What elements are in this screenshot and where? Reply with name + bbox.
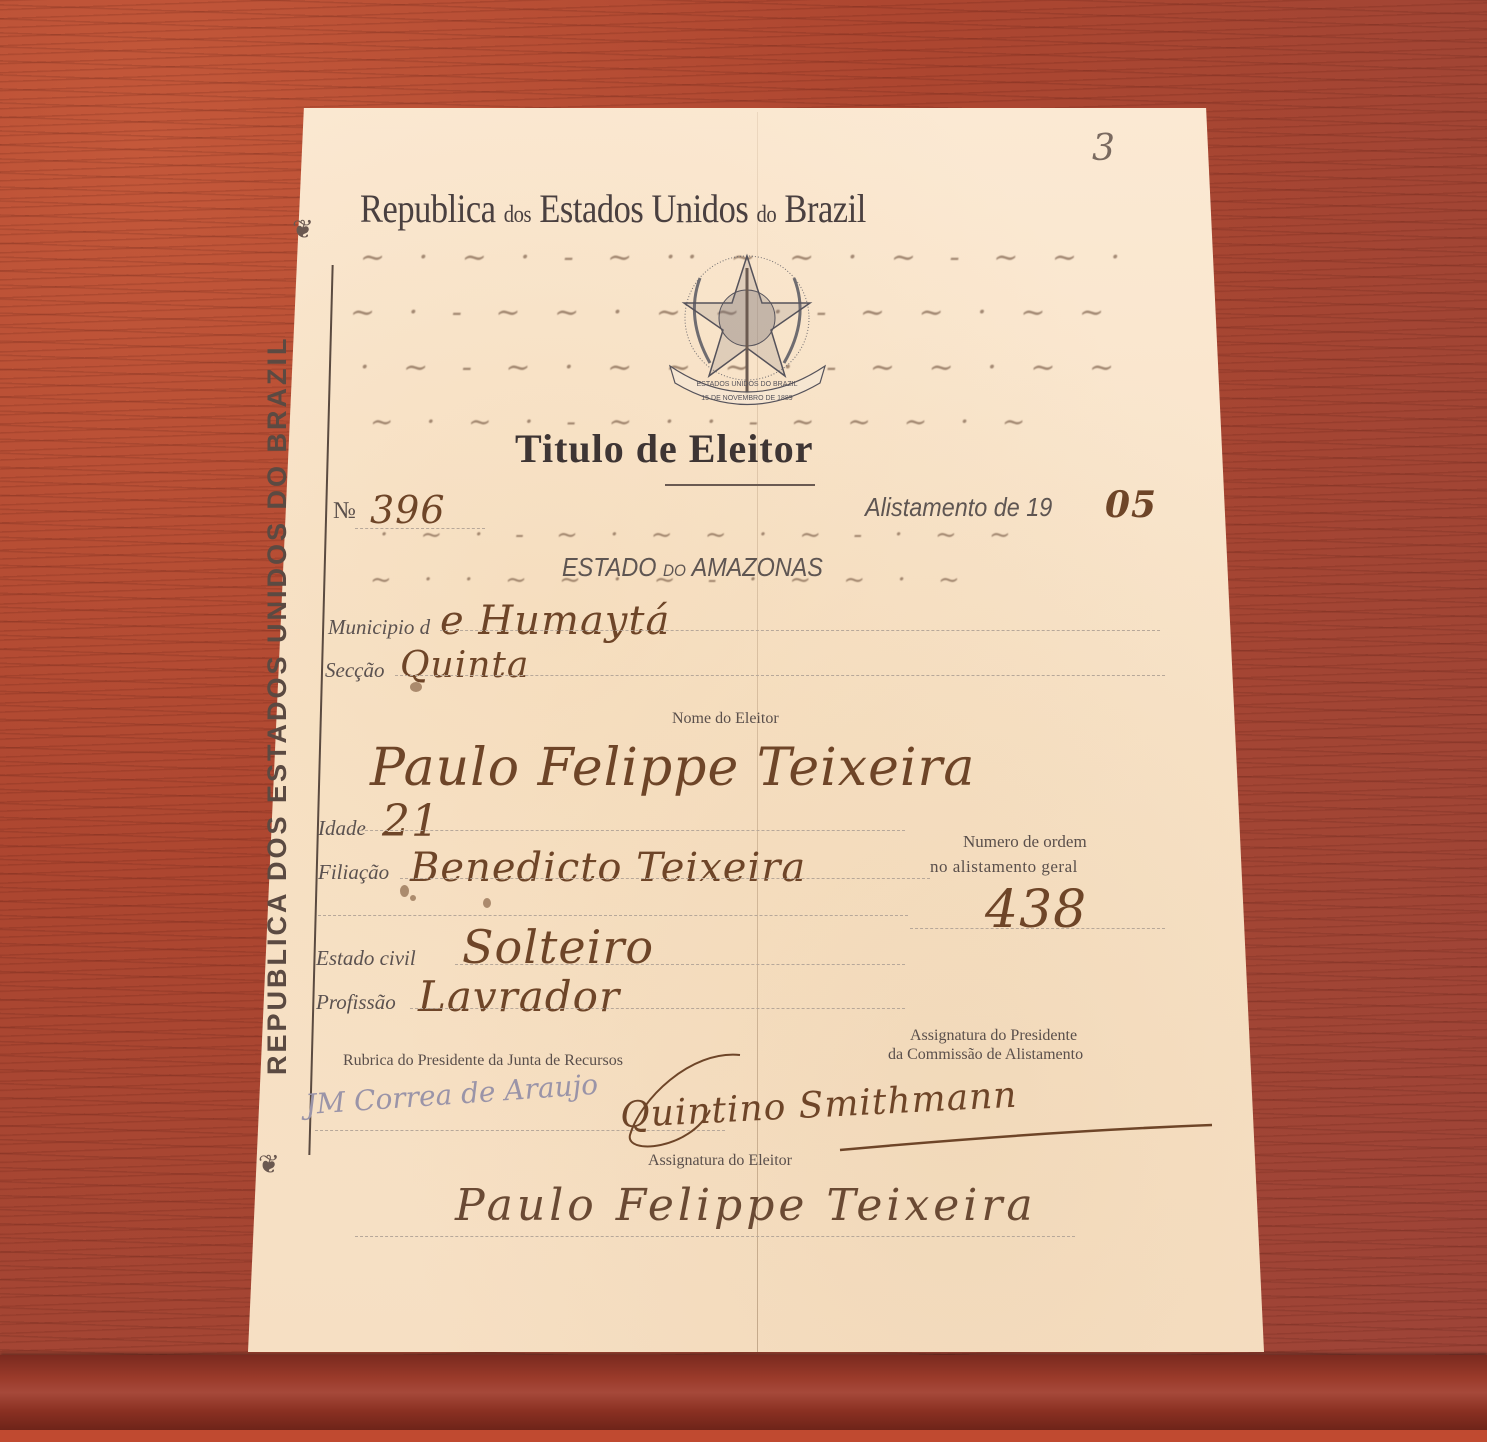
side-strip-text: REPUBLICA DOS ESTADOS UNIDOS DO BRAZIL [262,315,293,1075]
coat-of-arms-icon: ESTADOS UNIDOS DO BRAZIL 15 DE NOVEMBRO … [660,248,835,408]
filiacao-line [400,878,930,879]
ink-stain-4 [483,898,491,908]
top-ornament-icon: ❦ [292,215,314,245]
title-divider [665,484,815,486]
header-title: Republica dos Estados Unidos do Brazil [360,185,1014,232]
table-edge [0,1355,1487,1430]
order-number-label-2: no alistamento geral [930,857,1078,877]
ink-stain-2 [400,885,409,897]
profissao-value: Lavrador [418,972,620,1021]
municipio-label: Municipio d [328,615,430,640]
profissao-line [410,1008,905,1009]
table-bottom [0,1430,1487,1442]
header-republica: Republica [360,186,496,231]
nome-label: Nome do Eleitor [672,710,779,728]
order-number-value: 438 [985,880,1087,940]
ink-stain [410,682,422,692]
commission-signature-flourish [600,1040,1220,1160]
ink-stain-3 [410,895,416,901]
order-number-line [910,928,1165,929]
enrollment-label: Alistamento de 19 [865,492,1052,523]
header-do: do [756,202,776,228]
number-value: 396 [370,488,446,532]
idade-line [360,830,905,831]
municipio-value: e Humaytá [440,598,670,644]
bleed-through-line-5: · ~ · - ~ · ~ ~ · ~ - · ~ ~ [380,520,1023,550]
filiacao-line-2 [318,915,908,916]
number-line [355,528,485,529]
voter-signature-line [355,1236,1075,1237]
estado-civil-label: Estado civil [316,946,416,971]
estado-civil-value: Solteiro [462,920,654,974]
svg-text:15 DE NOVEMBRO DE 1889: 15 DE NOVEMBRO DE 1889 [701,395,793,402]
state-label-do: DO [663,561,686,580]
idade-value: 21 [382,796,440,847]
voter-signature-value: Paulo Felippe Teixeira [455,1180,1037,1231]
profissao-label: Profissão [316,990,396,1015]
bottom-ornament-icon: ❦ [258,1150,280,1180]
estado-civil-line [455,964,905,965]
header-dos: dos [504,202,531,228]
enrollment-year-value: 05 [1105,484,1157,526]
seccao-label: Secção [325,658,384,683]
municipio-line [440,630,1160,631]
corner-page-mark: 3 [1092,128,1116,169]
document-title: Titulo de Eleitor [515,425,813,472]
seccao-value: Quinta [400,645,529,686]
state-line: ESTADO DO AMAZONAS [562,552,823,583]
state-value: AMAZONAS [692,552,823,582]
order-number-label-1: Numero de ordem [963,832,1087,852]
junta-signature-label: Rubrica do Presidente da Junta de Recurs… [343,1052,623,1070]
seccao-line [395,675,1165,676]
filiacao-label: Filiação [318,860,389,885]
header-estados-unidos: Estados Unidos [539,186,748,231]
svg-text:ESTADOS UNIDOS DO BRAZIL: ESTADOS UNIDOS DO BRAZIL [697,381,798,388]
state-label: ESTADO [562,552,656,582]
voter-signature-label: Assignatura do Eleitor [648,1152,792,1170]
idade-label: Idade [318,816,366,841]
number-label: № [333,498,356,525]
filiacao-value: Benedicto Teixeira [410,845,806,891]
header-brazil: Brazil [784,186,865,231]
nome-value: Paulo Felippe Teixeira [370,738,975,798]
